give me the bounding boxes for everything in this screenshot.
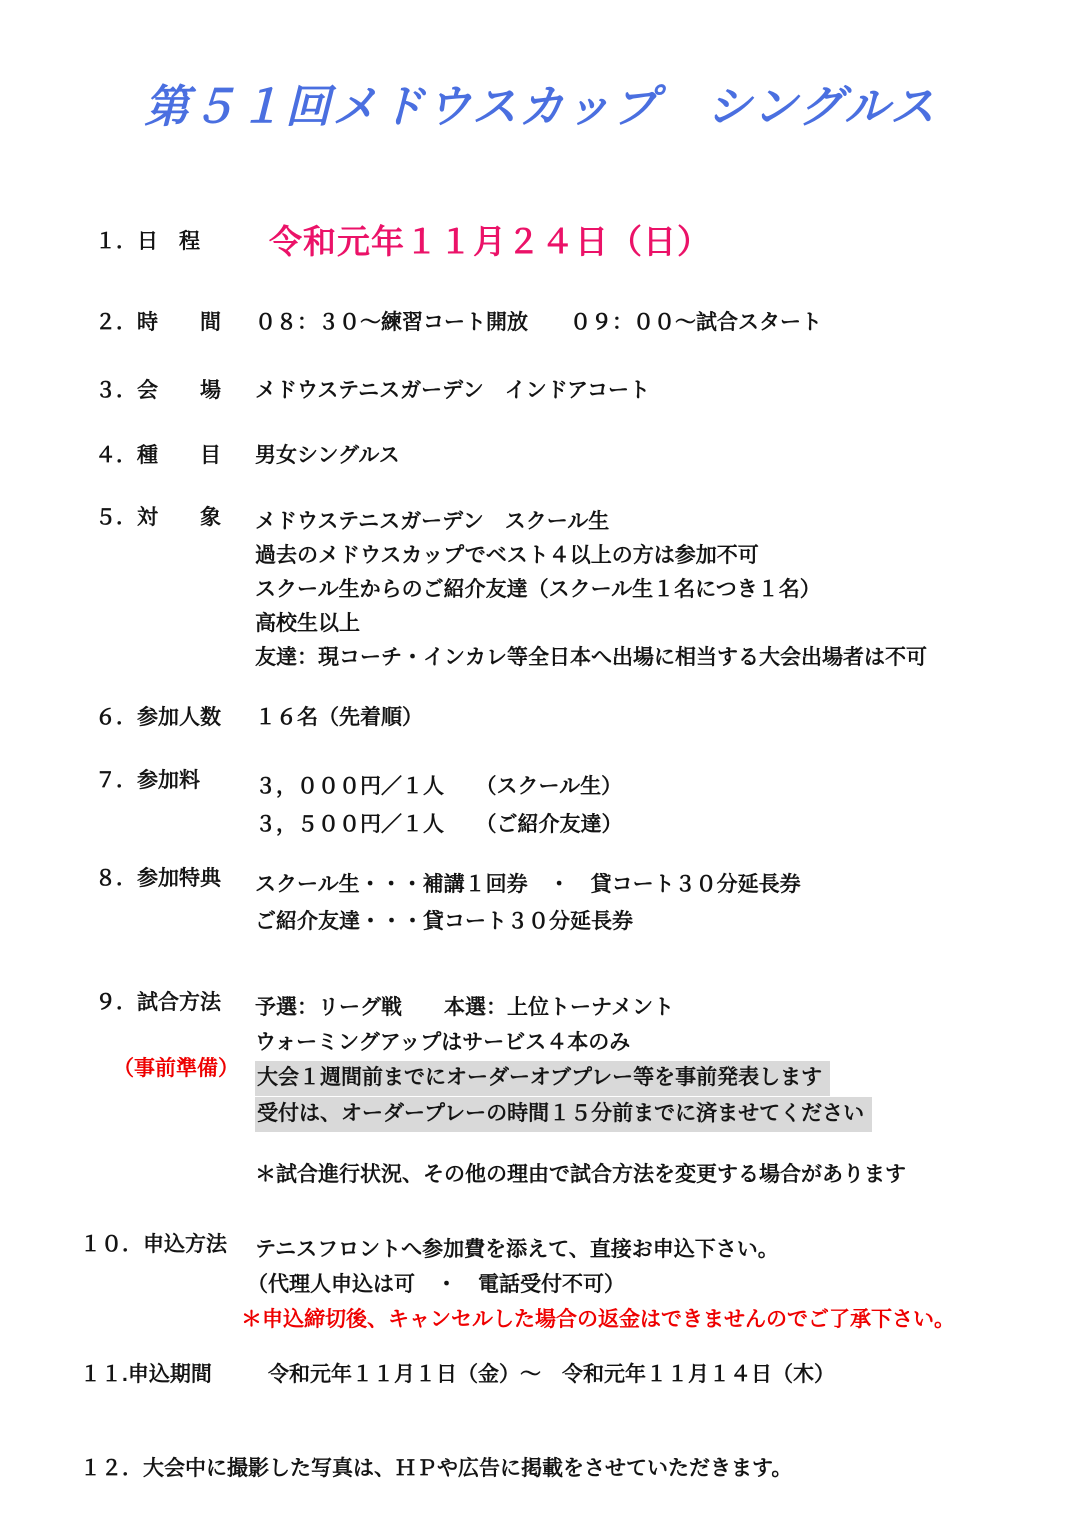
item-application-lines: テニスフロントへ参加費を添えて、直接お申込下さい。 （代理人申込は可 ・ 電話受… — [255, 1232, 955, 1337]
highlighted-text: 大会１週間前までにオーダーオブプレー等を事前発表します — [255, 1061, 830, 1096]
item-schedule-value: 令和元年１１月２４日（日） — [269, 222, 711, 262]
item-format: ９．試合方法 （事前準備） 予選：リーグ戦 本選：上位トーナメント ウォーミング… — [95, 990, 1026, 1132]
item-venue-label: ３．会 場 — [95, 378, 255, 404]
format-line: ウォーミングアップはサービス４本のみ — [255, 1025, 872, 1060]
item-eligibility-label: ５．対 象 — [95, 505, 255, 531]
fee-line: ３，０００円／１人 （スクール生） — [255, 768, 623, 806]
eligibility-line: 過去のメドウスカップでベスト４以上の方は参加不可 — [255, 539, 927, 573]
item-benefits-label: ８．参加特典 — [95, 866, 255, 892]
item-format-label-column: ９．試合方法 （事前準備） — [95, 990, 255, 1086]
eligibility-line: スクール生からのご紹介友達（スクール生１名につき１名） — [255, 573, 927, 607]
item-period: １１.申込期間 令和元年１１月１日（金）～ 令和元年１１月１４日（木） — [80, 1362, 1026, 1388]
format-note-row: ＊試合進行状況、その他の理由で試合方法を変更する場合があります — [95, 1162, 1026, 1188]
item-fee: ７．参加料 ３，０００円／１人 （スクール生） ３，５００円／１人 （ご紹介友達… — [95, 768, 1026, 844]
item-benefits: ８．参加特典 スクール生・・・補講１回券 ・ 貸コート３０分延長券 ご紹介友達・… — [95, 866, 1026, 940]
eligibility-line: 友達：現コーチ・インカレ等全日本へ出場に相当する大会出場者は不可 — [255, 641, 927, 675]
eligibility-line: 高校生以上 — [255, 607, 927, 641]
eligibility-line: メドウステニスガーデン スクール生 — [255, 505, 927, 539]
item-capacity-value: １６名（先着順） — [255, 705, 423, 731]
format-highlighted-line: 受付は、オーダープレーの時間１５分前までに済ませてください — [255, 1096, 872, 1132]
flyer-page: 第５１回メドウスカップ シングルス １．日 程 令和元年１１月２４日（日） ２．… — [0, 0, 1076, 1522]
format-line: 予選：リーグ戦 本選：上位トーナメント — [255, 990, 872, 1025]
item-time-label: ２．時 間 — [95, 310, 255, 336]
item-time: ２．時 間 ０８：３０～練習コート開放 ０９：００～試合スタート — [95, 310, 1026, 336]
item-schedule-label: １．日 程 — [95, 229, 255, 255]
benefits-line: スクール生・・・補講１回券 ・ 貸コート３０分延長券 — [255, 866, 801, 903]
highlighted-text: 受付は、オーダープレーの時間１５分前までに済ませてください — [255, 1097, 872, 1132]
item-photo-notice: １２．大会中に撮影した写真は、ＨＰや広告に掲載をさせていただきます。 — [80, 1452, 1026, 1482]
item-event-label: ４．種 目 — [95, 443, 255, 469]
fee-line: ３，５００円／１人 （ご紹介友達） — [255, 806, 623, 844]
item-venue-value: メドウステニスガーデン インドアコート — [255, 378, 650, 404]
item-capacity: ６．参加人数 １６名（先着順） — [95, 705, 1026, 731]
item-eligibility-lines: メドウステニスガーデン スクール生 過去のメドウスカップでベスト４以上の方は参加… — [255, 505, 927, 675]
application-line: （代理人申込は可 ・ 電話受付不可） — [247, 1267, 955, 1302]
item-capacity-label: ６．参加人数 — [95, 705, 255, 731]
benefits-line: ご紹介友達・・・貸コート３０分延長券 — [255, 903, 801, 940]
item-format-lines: 予選：リーグ戦 本選：上位トーナメント ウォーミングアップはサービス４本のみ 大… — [255, 990, 872, 1132]
application-warning: ＊申込締切後、キャンセルした場合の返金はできませんのでご了承下さい。 — [241, 1302, 955, 1337]
item-eligibility: ５．対 象 メドウステニスガーデン スクール生 過去のメドウスカップでベスト４以… — [95, 505, 1026, 675]
item-event: ４．種 目 男女シングルス — [95, 443, 1026, 469]
item-format-sublabel: （事前準備） — [95, 1051, 255, 1086]
format-note: ＊試合進行状況、その他の理由で試合方法を変更する場合があります — [255, 1162, 906, 1188]
item-period-label: １１.申込期間 — [80, 1362, 255, 1388]
format-highlighted-line: 大会１週間前までにオーダーオブプレー等を事前発表します — [255, 1060, 872, 1096]
item-period-value: 令和元年１１月１日（金）～ 令和元年１１月１４日（木） — [268, 1362, 835, 1388]
item-application: １０．申込方法 テニスフロントへ参加費を添えて、直接お申込下さい。 （代理人申込… — [80, 1232, 1026, 1337]
item-format-label: ９．試合方法 — [95, 990, 255, 1016]
document-title: 第５１回メドウスカップ シングルス — [75, 0, 1006, 136]
application-line: テニスフロントへ参加費を添えて、直接お申込下さい。 — [255, 1232, 955, 1267]
item-benefits-lines: スクール生・・・補講１回券 ・ 貸コート３０分延長券 ご紹介友達・・・貸コート３… — [255, 866, 801, 940]
item-fee-lines: ３，０００円／１人 （スクール生） ３，５００円／１人 （ご紹介友達） — [255, 768, 623, 844]
item-schedule: １．日 程 令和元年１１月２４日（日） — [95, 222, 1026, 262]
item-event-value: 男女シングルス — [255, 443, 400, 469]
item-venue: ３．会 場 メドウステニスガーデン インドアコート — [95, 378, 1026, 404]
item-application-label: １０．申込方法 — [80, 1232, 255, 1258]
item-time-value: ０８：３０～練習コート開放 ０９：００～試合スタート — [255, 310, 822, 336]
item-fee-label: ７．参加料 — [95, 768, 255, 794]
